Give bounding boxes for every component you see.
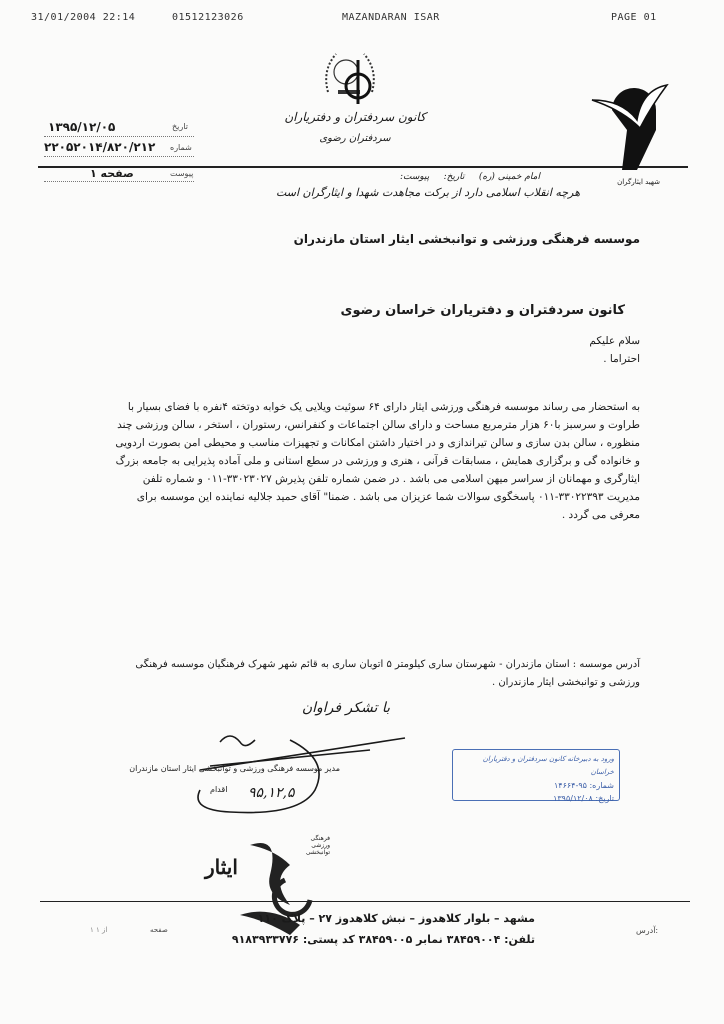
address-line: ورزشی و توانبخشی ایثار مازندران . bbox=[62, 674, 640, 692]
fax-number: 01512123026 bbox=[172, 12, 244, 23]
fax-page: PAGE 01 bbox=[611, 12, 657, 23]
body-line: ایثارگری و مهمانان از سراسر میهن اسلامی … bbox=[62, 470, 640, 488]
body-line: منظوره ، سالن بدن سازی و سالن تیراندازی … bbox=[62, 434, 640, 452]
handwritten-ref: اقدام bbox=[210, 785, 227, 794]
body-line: مدیریت ۳۳۰۲۲۳۹۳-۰۱۱ پاسخگوی سوالات شما ع… bbox=[62, 488, 640, 506]
attachment-dotted-line bbox=[44, 181, 194, 182]
form-name-field: امام خمینی (ره) bbox=[479, 172, 540, 182]
slogan: هرچه انقلاب اسلامی دارد از برکت مجاهدت ش… bbox=[200, 186, 580, 199]
notary-emblem-icon bbox=[318, 42, 382, 112]
letter-body: به استحضار می رساند موسسه فرهنگی ورزشی ا… bbox=[62, 398, 640, 524]
footer-logo-subtext: فرهنگی ورزشی توانبخشی bbox=[290, 835, 330, 856]
footer-address: مشهد – بلوار کلاهدوز – نبش کلاهدوز ۲۷ – … bbox=[200, 912, 535, 925]
fax-datetime: 31/01/2004 22:14 bbox=[31, 12, 135, 23]
letter-date-label: تاریخ bbox=[172, 122, 188, 131]
greeting-salam: سلام علیکم bbox=[400, 332, 640, 350]
handwritten-date: ۹۵,۱۲,۵ bbox=[248, 785, 295, 801]
stamp-number-label: شماره: bbox=[589, 781, 614, 790]
institute-address: آدرس موسسه : استان مازندران - شهرستان سا… bbox=[62, 656, 640, 692]
stamp-date-value: ۱۳۹۵/۱۲/۰۸ bbox=[553, 794, 593, 803]
body-line: طراوت و سرسبز با۶۰ هزار مترمربع مساحت و … bbox=[62, 416, 640, 434]
footer-logo-text: ایثار bbox=[205, 855, 238, 879]
number-dotted-line bbox=[44, 156, 194, 157]
form-date-label: تاریخ: bbox=[444, 172, 465, 182]
greeting-ehteram: احتراما . bbox=[400, 350, 640, 368]
isar-foundation-logo-icon bbox=[582, 70, 672, 180]
form-attachment-label: پیوست: bbox=[400, 172, 429, 182]
recipient: کانون سردفتران و دفترياران خراسان رضوی bbox=[200, 303, 625, 318]
address-line: آدرس موسسه : استان مازندران - شهرستان سا… bbox=[62, 656, 640, 674]
stamp-number-value: ۹۵-۱۴۶۶۴ bbox=[554, 781, 587, 790]
signer-title: مدیر موسسه فرهنگی ورزشی و توانبخشی ایثار… bbox=[120, 764, 340, 773]
attachment-label: پیوست bbox=[170, 169, 193, 178]
signature-scribble-icon bbox=[170, 730, 410, 820]
stamp-date-label: تاریخ: bbox=[595, 794, 614, 803]
date-dotted-line bbox=[44, 136, 194, 137]
body-line: و خانواده گی و برگزاری همایش ، مسابقات ق… bbox=[62, 452, 640, 470]
letter-date-value: ۱۳۹۵/۱۲/۰۵ bbox=[48, 120, 168, 134]
stamp-date-row: تاریخ: ۱۳۹۵/۱۲/۰۸ bbox=[458, 792, 614, 805]
form-field-row: امام خمینی (ره) تاریخ: پیوست: bbox=[200, 172, 540, 182]
stamp-title: ورود به دبیرخانه کانون سردفتران و دفتریا… bbox=[458, 753, 614, 779]
stamp-number-row: شماره: ۹۵-۱۴۶۶۴ bbox=[458, 779, 614, 792]
letter-number-value: ۲۲۰۵۲۰۱۴/۸۲۰/۲۱۲ bbox=[44, 140, 179, 154]
body-line: معرفی می گردد . bbox=[62, 506, 640, 524]
footer-rule bbox=[40, 901, 690, 902]
footer-address-label: آدرس: bbox=[636, 926, 658, 935]
sender-org: موسسه فرهنگی ورزشی و توانبخشی ایثار استا… bbox=[200, 232, 640, 246]
footer-phone: تلفن: ۳۸۴۵۹۰۰۴ نمابر ۳۸۴۵۹۰۰۵ کد پستی: ۹… bbox=[170, 933, 535, 946]
letter-number-label: شماره bbox=[170, 143, 192, 152]
thanks-handwritten: با تشکر فراوان bbox=[270, 700, 390, 716]
letterhead-org-line2: سردفتران رضوی bbox=[280, 133, 430, 144]
fax-sender: MAZANDARAN ISAR bbox=[342, 12, 440, 23]
attachment-value: ۱ صفحه bbox=[90, 167, 134, 180]
footer-page-value: ۱ از ۱ bbox=[90, 926, 107, 934]
body-line: به استحضار می رساند موسسه فرهنگی ورزشی ا… bbox=[62, 398, 640, 416]
letterhead-org-line1: کانون سردفتران و دفتریاران bbox=[280, 110, 430, 124]
footer-page-label: صفحه bbox=[150, 926, 168, 934]
receipt-stamp: ورود به دبیرخانه کانون سردفتران و دفتریا… bbox=[452, 749, 620, 801]
